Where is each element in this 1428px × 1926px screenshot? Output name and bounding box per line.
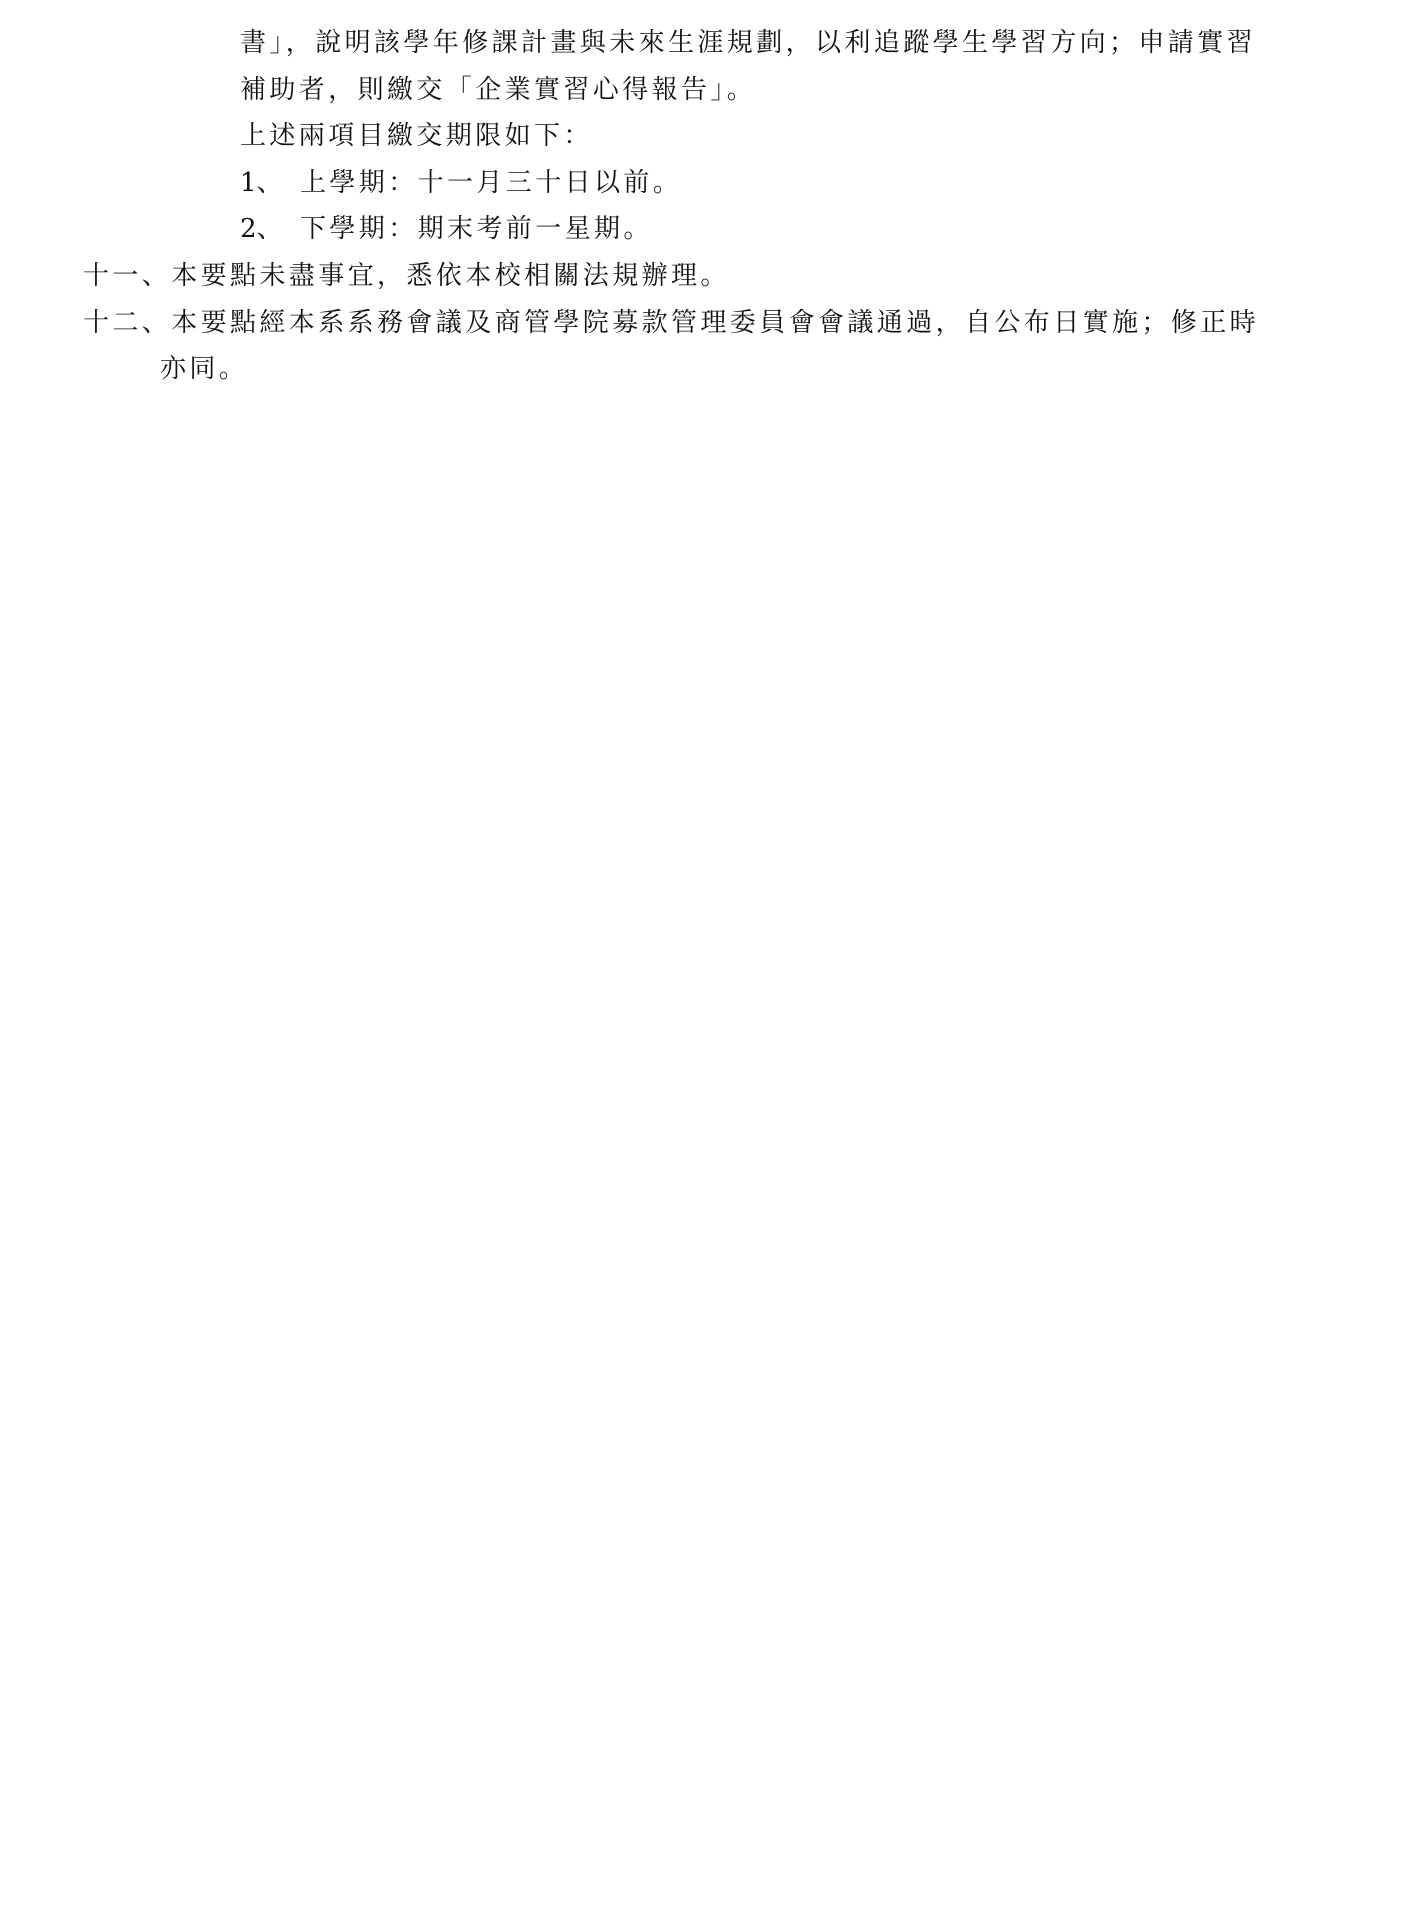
article-12-continuation: 亦同。: [160, 346, 248, 392]
deadline-item-marker: 1、: [240, 160, 300, 206]
article-11: 十一、本要點未盡事宜，悉依本校相關法規辦理。: [83, 253, 730, 299]
deadline-item-1: 1、上學期：十一月三十日以前。: [240, 160, 682, 206]
article-text: 本要點未盡事宜，悉依本校相關法規辦理。: [171, 261, 730, 291]
article-12: 十二、本要點經本系系務會議及商管學院募款管理委員會會議通過，自公布日實施；修正時: [83, 300, 1259, 346]
article-number: 十二、: [83, 308, 171, 338]
deadline-item-2: 2、下學期：期末考前一星期。: [240, 206, 653, 252]
article-number: 十一、: [83, 261, 171, 291]
paragraph-continuation-line-2: 補助者，則繳交「企業實習心得報告」。: [240, 67, 756, 113]
deadline-intro: 上述兩項目繳交期限如下：: [240, 113, 593, 159]
paragraph-continuation-line-1: 書」，說明該學年修課計畫與未來生涯規劃，以利追蹤學生學習方向；申請實習: [240, 20, 1256, 66]
deadline-item-text: 上學期：十一月三十日以前。: [300, 168, 682, 198]
deadline-item-marker: 2、: [240, 206, 300, 252]
deadline-item-text: 下學期：期末考前一星期。: [300, 214, 653, 244]
document-page: 書」，說明該學年修課計畫與未來生涯規劃，以利追蹤學生學習方向；申請實習 補助者，…: [0, 0, 1428, 1926]
article-text: 本要點經本系系務會議及商管學院募款管理委員會會議通過，自公布日實施；修正時: [171, 308, 1259, 338]
